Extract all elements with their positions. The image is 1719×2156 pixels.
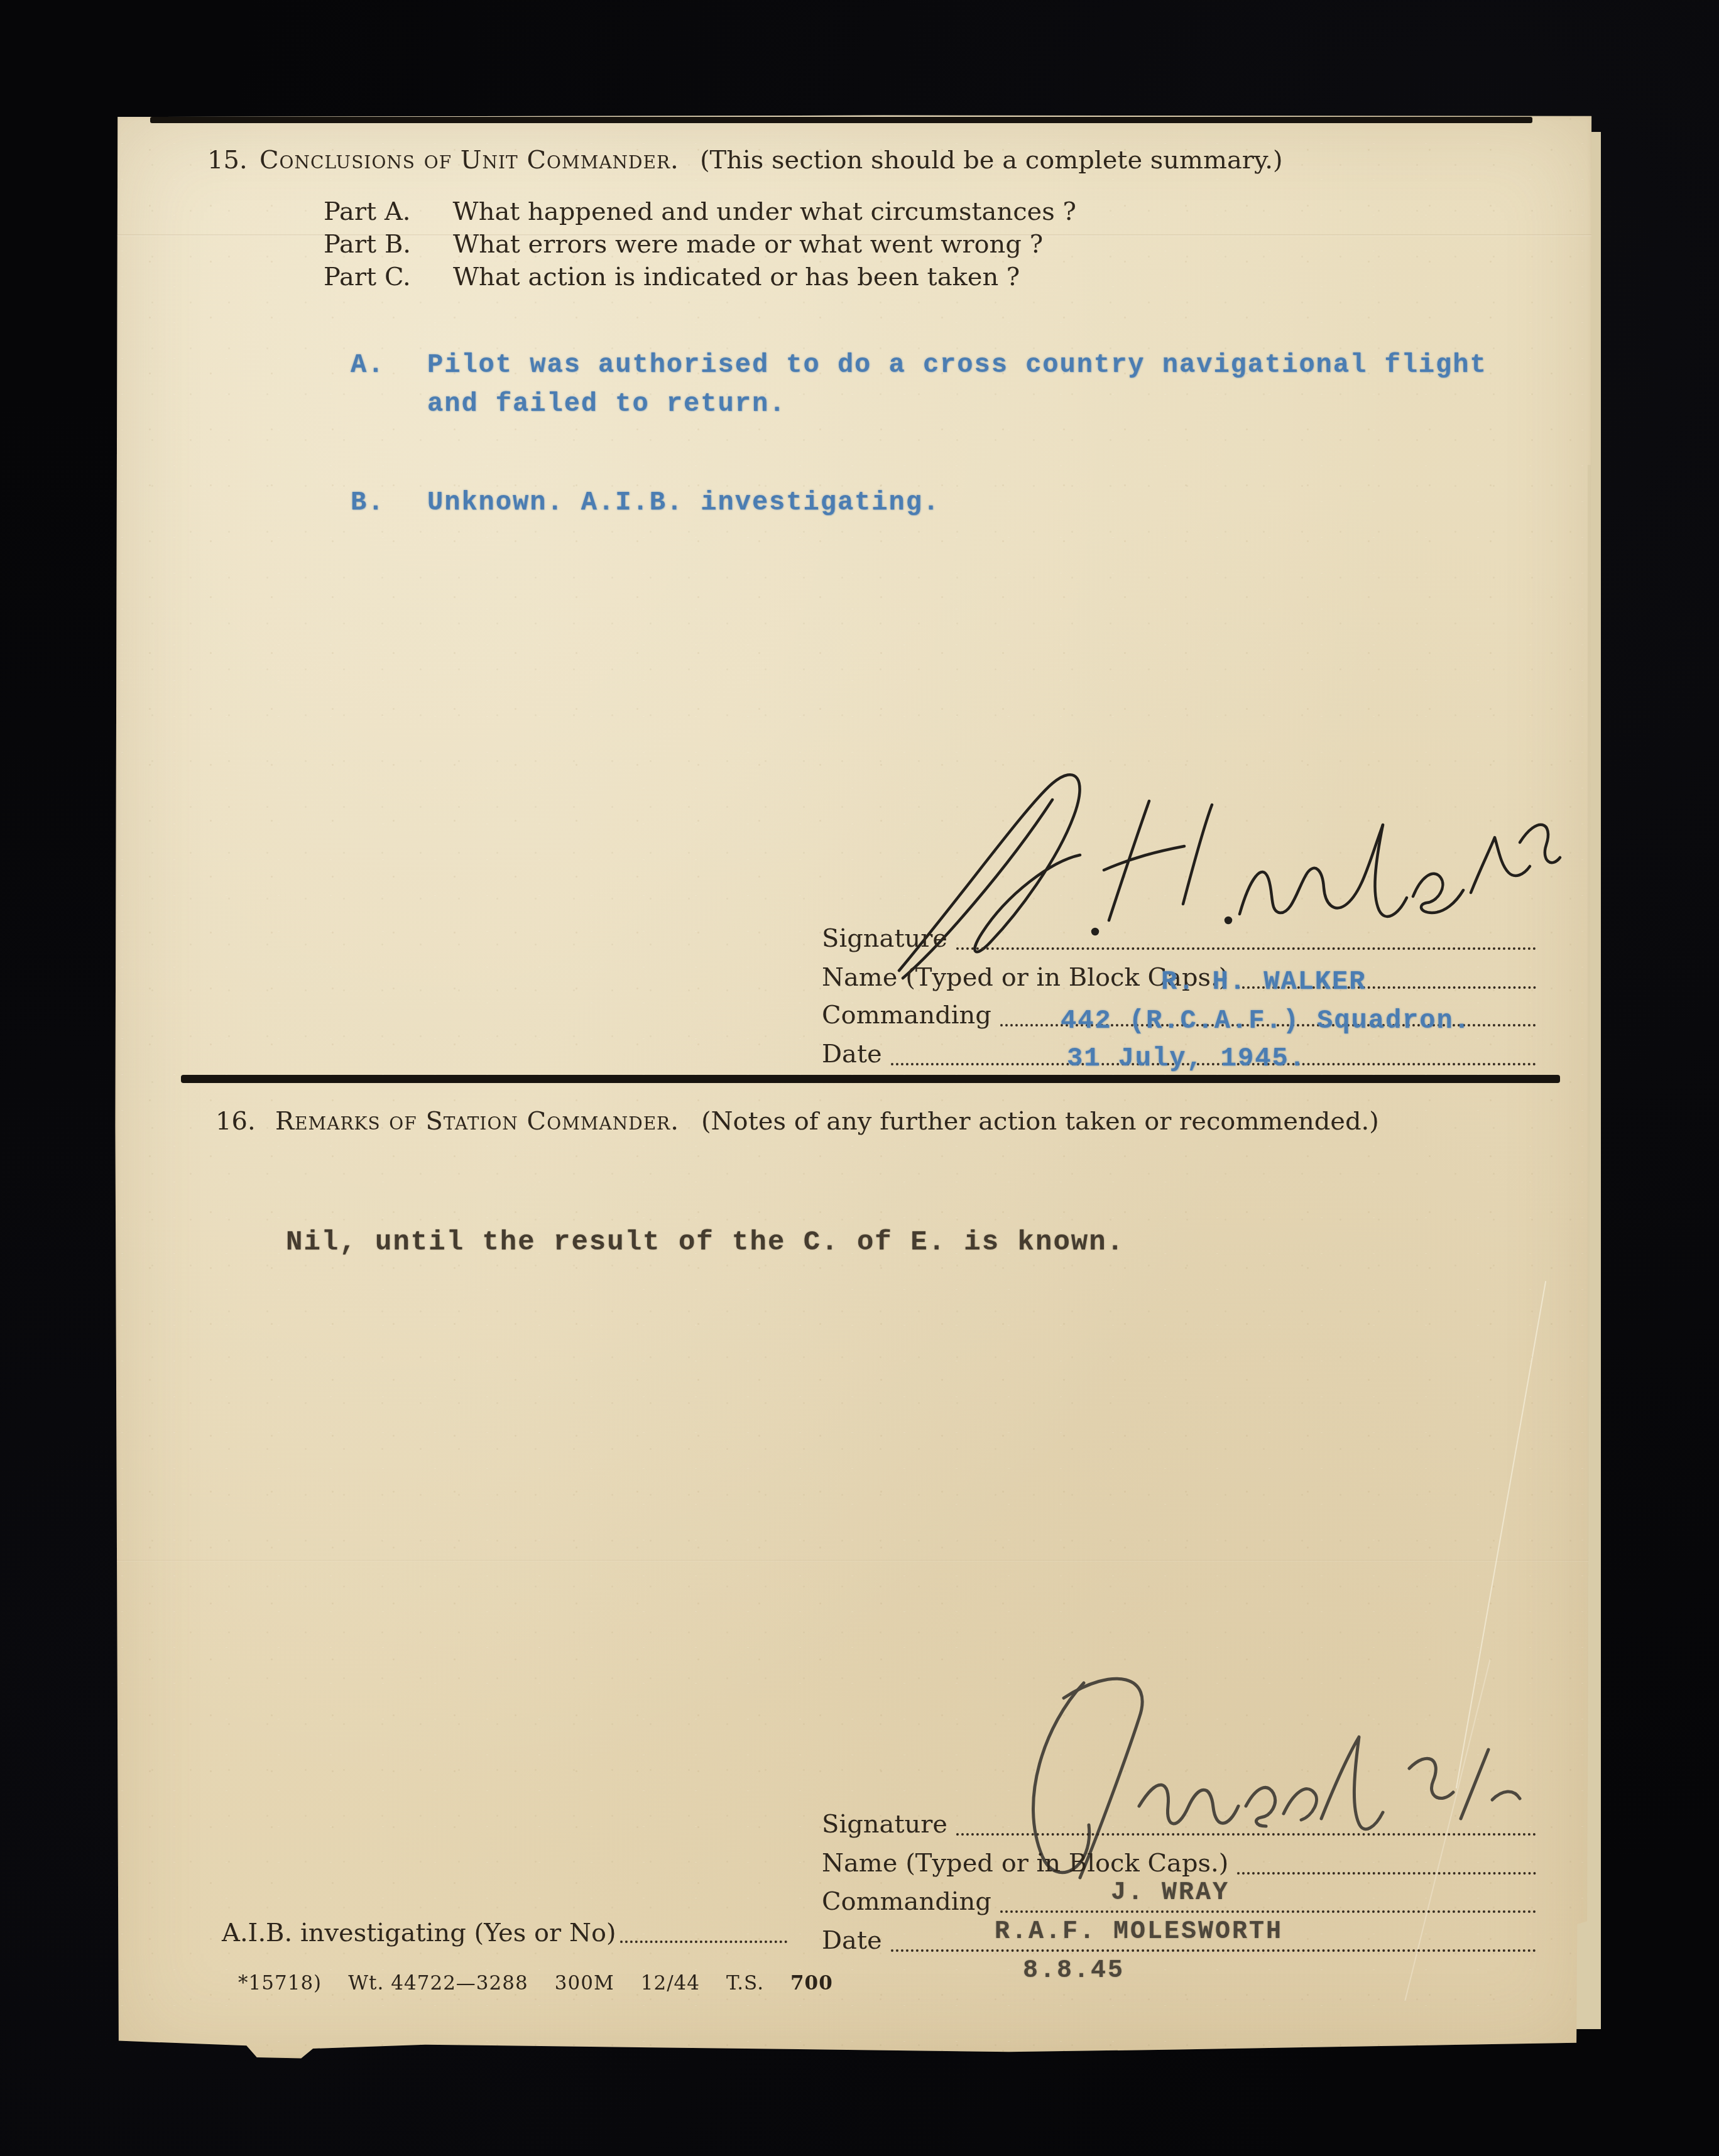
commanding-label: Commanding xyxy=(822,1886,1000,1917)
photographed-form-on-black-background: 15. Conclusions of Unit Commander. (This… xyxy=(0,0,1719,2156)
part-a-label: Part A. xyxy=(324,197,410,226)
commanding-value-typed: 442 (R.C.A.F.) Squadron. xyxy=(1061,1002,1471,1040)
signature-label: Signature xyxy=(822,923,956,954)
dotted-leader xyxy=(620,1941,787,1943)
station-commander-remark: Nil, until the result of the C. of E. is… xyxy=(286,1227,1125,1258)
dotted-leader xyxy=(956,1833,1536,1836)
commanding-label: Commanding xyxy=(822,1000,1000,1030)
name-value-typed: R. H. WALKER xyxy=(1161,963,1366,1001)
dotted-leader xyxy=(1237,1872,1536,1875)
signature-row: Signature xyxy=(822,1808,1536,1839)
date-label: Date xyxy=(822,1039,891,1069)
part-a-text: What happened and under what circumstanc… xyxy=(453,197,1076,226)
section15-note: (This section should be a complete summa… xyxy=(700,146,1283,175)
part-b-row: Part B. What errors were made or what we… xyxy=(324,229,1043,259)
part-c-label: Part C. xyxy=(324,263,411,291)
part-b-label: Part B. xyxy=(324,230,411,259)
name-label: Name (Typed or in Block Caps.) xyxy=(822,1848,1237,1878)
part-b-text: What errors were made or what went wrong… xyxy=(453,230,1043,259)
raf-form-page: 15. Conclusions of Unit Commander. (This… xyxy=(115,115,1593,2059)
answer-b-line1: Unknown. A.I.B. investigating. xyxy=(427,484,940,522)
date-label: Date xyxy=(822,1925,891,1956)
section15-header: Conclusions of Unit Commander. (This sec… xyxy=(259,145,1282,175)
imprint-ts: T.S. xyxy=(726,1972,764,1995)
imprint-date: 12/44 xyxy=(641,1972,700,1995)
imprint-run: 300M xyxy=(555,1972,614,1995)
section15-number: 15. xyxy=(207,145,248,175)
dotted-leader xyxy=(891,1949,1536,1952)
section16-header: Remarks of Station Commander. (Notes of … xyxy=(275,1106,1379,1136)
answer-a-label: A. xyxy=(351,346,385,384)
imprint-form-number: 700 xyxy=(790,1972,833,1995)
date-value-typed: 31 July, 1945. xyxy=(1067,1040,1306,1078)
name-value-typed: J. WRAY xyxy=(1111,1879,1230,1907)
part-c-text: What action is indicated or has been tak… xyxy=(453,263,1020,291)
fold-crease xyxy=(115,1560,1593,1562)
answer-a-line2: and failed to return. xyxy=(427,385,786,423)
answer-b-label: B. xyxy=(351,484,385,522)
part-c-row: Part C. What action is indicated or has … xyxy=(324,262,1020,292)
signature-row: Signature xyxy=(822,922,1536,954)
commanding-value-typed: R.A.F. MOLESWORTH xyxy=(995,1918,1283,1946)
aib-investigating-row: A.I.B. investigating (Yes or No) xyxy=(222,1917,787,1948)
part-a-row: Part A. What happened and under what cir… xyxy=(324,197,1076,227)
name-row: Name (Typed or in Block Caps.) xyxy=(822,1847,1536,1878)
printers-imprint: *15718)Wt. 44722—3288300M12/44T.S.700 xyxy=(238,1972,859,1995)
top-section-divider-rule xyxy=(150,117,1532,123)
aib-label: A.I.B. investigating (Yes or No) xyxy=(222,1918,620,1948)
imprint-wt: Wt. 44722—3288 xyxy=(348,1972,528,1995)
date-value-typed: 8.8.45 xyxy=(1023,1957,1125,1985)
section16-note: (Notes of any further action taken or re… xyxy=(701,1107,1379,1136)
dotted-leader xyxy=(1000,1910,1536,1913)
section-divider-rule xyxy=(181,1075,1560,1083)
section15-title: Conclusions of Unit Commander. xyxy=(259,146,679,175)
dotted-leader xyxy=(956,947,1536,950)
section16-title: Remarks of Station Commander. xyxy=(275,1107,679,1136)
signature-label: Signature xyxy=(822,1809,956,1839)
section16-number: 16. xyxy=(216,1106,256,1136)
answer-a-line1: Pilot was authorised to do a cross count… xyxy=(427,346,1487,384)
imprint-code: *15718) xyxy=(238,1972,322,1995)
